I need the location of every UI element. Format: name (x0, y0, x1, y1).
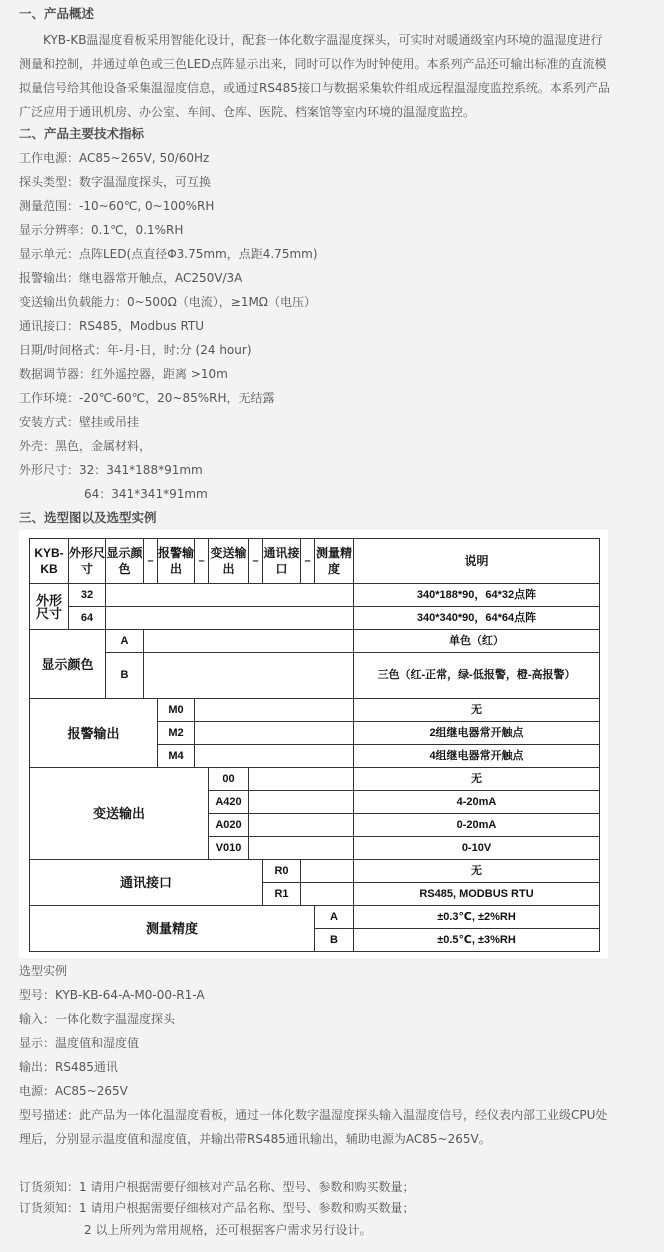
option-desc: 340*188*90，64*32点阵 (354, 584, 600, 607)
header-transmit: 变送输出 (209, 539, 249, 584)
example-output: 输出：RS485通讯 (19, 1059, 118, 1075)
option-desc: ±0.3℃, ±2%RH (354, 906, 600, 929)
header-precision: 测量精度 (315, 539, 354, 584)
option-desc: RS485, MODBUS RTU (354, 883, 600, 906)
header-dash: – (195, 539, 209, 584)
paragraph-line: 拟量信号给其他设备采集温湿度信息，或通过RS485接口与数据采集软件组成远程温湿… (19, 76, 653, 100)
group-comm-label: 通讯接口 (30, 860, 263, 906)
paragraph-text: KYB-KB温湿度看板采用智能化设计，配套一体化数字温湿度探头，可实时对暖通级室… (43, 33, 602, 47)
empty-cell (106, 584, 354, 607)
option-code: A (106, 630, 144, 653)
header-alarm: 报警输出 (158, 539, 195, 584)
option-desc: 单色（红） (354, 630, 600, 653)
spec-alarm-output: 报警输出：继电器常开触点，AC250V/3A (19, 270, 242, 286)
option-code: R0 (263, 860, 301, 883)
empty-cell (301, 883, 354, 906)
table-row: 测量精度 A ±0.3℃, ±2%RH (30, 906, 600, 929)
option-desc: 0-20mA (354, 814, 600, 837)
header-size: 外形尺寸 (69, 539, 106, 584)
table-row: 外形尺寸 32 340*188*90，64*32点阵 (30, 584, 600, 607)
empty-cell (106, 607, 354, 630)
example-title: 选型实例 (19, 963, 67, 979)
spec-environment: 工作环境：-20℃-60℃，20~85%RH，无结露 (19, 390, 275, 406)
section1-paragraph: KYB-KB温湿度看板采用智能化设计，配套一体化数字温湿度探头，可实时对暖通级室… (19, 28, 653, 124)
group-alarm-label: 报警输出 (30, 699, 158, 768)
spec-adjuster: 数据调节器：红外遥控器，距离 >10m (19, 366, 228, 382)
table-row: 变送输出 00 无 (30, 768, 600, 791)
example-description-line: 理后，分别显示温度值和湿度值，并输出带RS485通讯输出，辅助电源为AC85~2… (19, 1131, 491, 1147)
example-model: 型号：KYB-KB-64-A-M0-00-R1-A (19, 987, 205, 1003)
option-desc: 无 (354, 768, 600, 791)
empty-cell (195, 722, 354, 745)
spec-dimensions-64: 64：341*341*91mm (84, 486, 208, 502)
header-dash: – (301, 539, 315, 584)
spec-probe-type: 探头类型：数字温湿度探头，可互换 (19, 174, 211, 190)
spec-resolution: 显示分辨率：0.1℃，0.1%RH (19, 222, 183, 238)
group-size-label: 外形尺寸 (30, 584, 69, 630)
option-code: 00 (209, 768, 249, 791)
header-desc: 说明 (354, 539, 600, 584)
spec-load-capacity: 变送输出负载能力：0~500Ω（电流），≥1MΩ（电压） (19, 294, 316, 310)
option-desc: 无 (354, 699, 600, 722)
table-row: 64 340*340*90，64*64点阵 (30, 607, 600, 630)
spec-housing: 外壳：黑色，金属材料， (19, 438, 151, 454)
section1-heading: 一、产品概述 (19, 6, 94, 22)
option-desc: 无 (354, 860, 600, 883)
example-input: 输入：一体化数字温湿度探头 (19, 1011, 175, 1027)
selection-table: KYB-KB 外形尺寸 显示颜色 – 报警输出 – 变送输出 – 通讯接口 – … (29, 538, 600, 952)
paragraph-line: KYB-KB温湿度看板采用智能化设计，配套一体化数字温湿度探头，可实时对暖通级室… (19, 28, 653, 52)
header-comm: 通讯接口 (263, 539, 301, 584)
option-code: B (315, 929, 354, 952)
example-display: 显示：温度值和湿度值 (19, 1035, 139, 1051)
ordering-note-2: 2 以上所列为常用规格，还可根据客户需求另行设计。 (84, 1222, 371, 1238)
section2-heading: 二、产品主要技术指标 (19, 126, 144, 142)
option-desc: 2组继电器常开触点 (354, 722, 600, 745)
table-row: 显示颜色 A 单色（红） (30, 630, 600, 653)
empty-cell (195, 745, 354, 768)
option-code: 64 (69, 607, 106, 630)
spec-datetime-format: 日期/时间格式：年-月-日，时:分 (24 hour) (19, 342, 252, 358)
ordering-note-1: 订货须知：1 请用户根据需要仔细核对产品名称、型号、参数和购买数量； (19, 1179, 414, 1195)
section3-heading: 三、选型图以及选型实例 (19, 510, 157, 526)
option-code: A420 (209, 791, 249, 814)
paragraph-line: 测量和控制，并通过单色或三色LED点阵显示出来，同时可以作为时钟使用。本系列产品… (19, 52, 653, 76)
option-code: M4 (158, 745, 195, 768)
spec-range: 测量范围：-10~60℃, 0~100%RH (19, 198, 214, 214)
option-code: 32 (69, 584, 106, 607)
example-power: 电源：AC85~265V (19, 1083, 128, 1099)
header-dash: – (144, 539, 158, 584)
empty-cell (144, 653, 354, 699)
spec-comm-interface: 通讯接口：RS485，Modbus RTU (19, 318, 204, 334)
ordering-note-1-repeat: 订货须知：1 请用户根据需要仔细核对产品名称、型号、参数和购买数量； (19, 1200, 414, 1216)
spec-power: 工作电源：AC85~265V, 50/60Hz (19, 150, 209, 166)
empty-cell (301, 860, 354, 883)
option-desc: 340*340*90，64*64点阵 (354, 607, 600, 630)
spec-installation: 安装方式：壁挂或吊挂 (19, 414, 139, 430)
header-color: 显示颜色 (106, 539, 144, 584)
group-precision-label: 测量精度 (30, 906, 315, 952)
option-desc: ±0.5℃, ±3%RH (354, 929, 600, 952)
example-description-line: 型号描述：此产品为一体化温湿度看板，通过一体化数字温湿度探头输入温湿度信号，经仪… (19, 1107, 607, 1123)
option-desc: 0-10V (354, 837, 600, 860)
empty-cell (195, 699, 354, 722)
spec-dimensions-32: 外形尺寸：32：341*188*91mm (19, 462, 203, 478)
header-model: KYB-KB (30, 539, 69, 584)
paragraph-line: 广泛应用于通讯机房、办公室、车间、仓库、医院、档案馆等室内环境的温湿度监控。 (19, 100, 653, 124)
table-row: 通讯接口 R0 无 (30, 860, 600, 883)
option-code: V010 (209, 837, 249, 860)
option-code: R1 (263, 883, 301, 906)
option-desc: 4-20mA (354, 791, 600, 814)
table-header-row: KYB-KB 外形尺寸 显示颜色 – 报警输出 – 变送输出 – 通讯接口 – … (30, 539, 600, 584)
option-desc: 三色（红-正常，绿-低报警，橙-高报警） (354, 653, 600, 699)
option-code: B (106, 653, 144, 699)
table-row: B 三色（红-正常，绿-低报警，橙-高报警） (30, 653, 600, 699)
group-transmit-label: 变送输出 (30, 768, 209, 860)
option-code: M2 (158, 722, 195, 745)
option-code: A020 (209, 814, 249, 837)
empty-cell (144, 630, 354, 653)
empty-cell (249, 814, 354, 837)
table-row: 报警输出 M0 无 (30, 699, 600, 722)
spec-display-unit: 显示单元：点阵LED(点直径Φ3.75mm，点距4.75mm) (19, 246, 318, 262)
option-code: A (315, 906, 354, 929)
option-desc: 4组继电器常开触点 (354, 745, 600, 768)
header-dash: – (249, 539, 263, 584)
group-color-label: 显示颜色 (30, 630, 106, 699)
empty-cell (249, 768, 354, 791)
option-code: M0 (158, 699, 195, 722)
empty-cell (249, 791, 354, 814)
empty-cell (249, 837, 354, 860)
